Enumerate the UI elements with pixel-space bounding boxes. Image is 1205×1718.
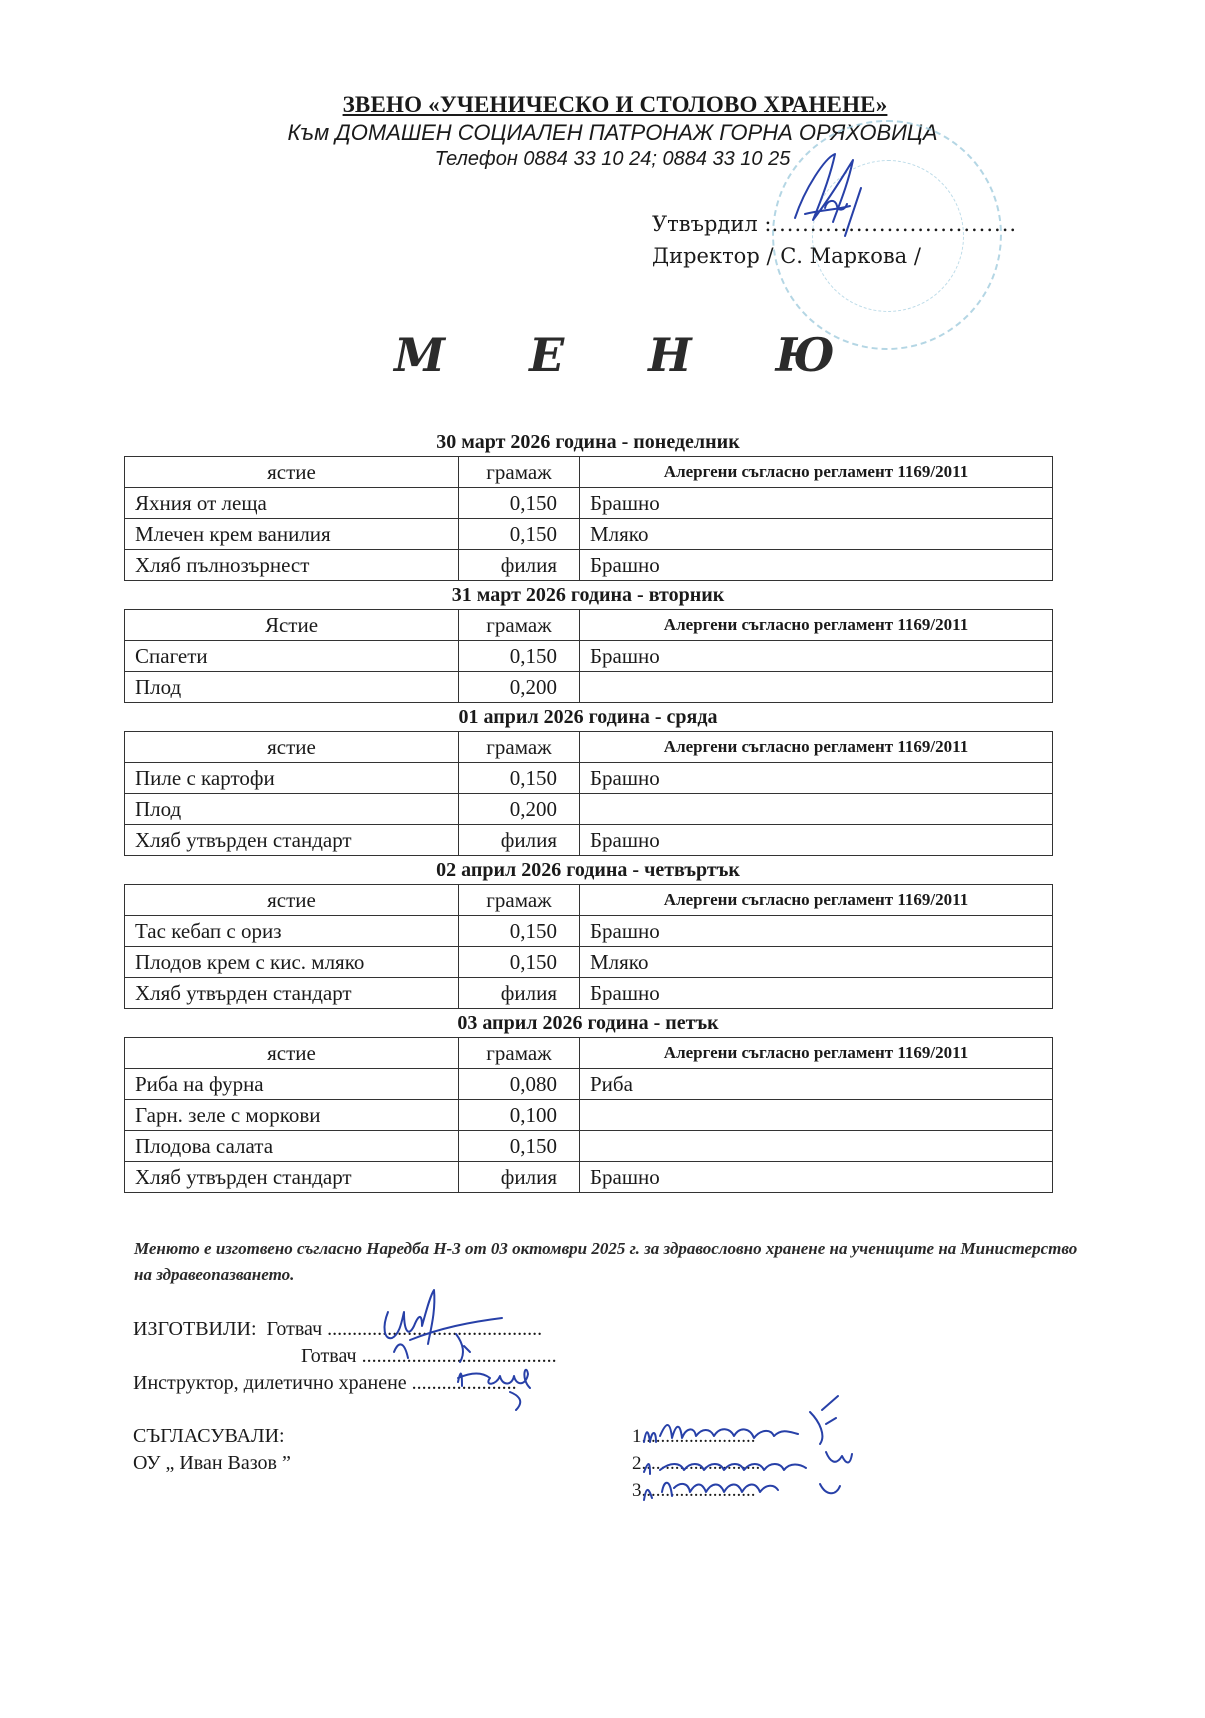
table-row: Плод0,200 [125,672,1053,703]
day-section: 30 март 2026 година - понеделникястиегра… [124,428,1052,581]
column-header-allergens: Алергени съгласно регламент 1169/2011 [580,610,1053,641]
table-row: Риба на фурна0,080Риба [125,1069,1053,1100]
column-header-weight: грамаж [459,732,580,763]
table-header-row: ястиеграмажАлергени съгласно регламент 1… [125,732,1053,763]
allergen-cell [580,672,1053,703]
day-title: 01 април 2026 година - сряда [124,703,1052,731]
table-row: Плод0,200 [125,794,1053,825]
dish-cell: Хляб утвърден стандарт [125,825,459,856]
table-row: Плодова салата0,150 [125,1131,1053,1162]
allergen-cell: Брашно [580,550,1053,581]
dish-cell: Хляб утвърден стандарт [125,978,459,1009]
dish-cell: Спагети [125,641,459,672]
weight-cell: 0,150 [459,519,580,550]
weight-cell: 0,200 [459,672,580,703]
table-row: Яхния от леща0,150Брашно [125,488,1053,519]
allergen-cell [580,1100,1053,1131]
menu-days: 30 март 2026 година - понеделникястиегра… [124,428,1052,1193]
column-header-allergens: Алергени съгласно регламент 1169/2011 [580,732,1053,763]
table-row: Пиле с картофи0,150Брашно [125,763,1053,794]
allergen-cell: Брашно [580,641,1053,672]
weight-cell: филия [459,978,580,1009]
column-header-weight: грамаж [459,1038,580,1069]
allergen-cell: Брашно [580,825,1053,856]
school-name: ОУ „ Иван Вазов ” [133,1450,291,1477]
table-row: Спагети0,150Брашно [125,641,1053,672]
weight-cell: филия [459,550,580,581]
day-section: 01 април 2026 година - срядаястиеграмажА… [124,703,1052,856]
weight-cell: 0,200 [459,794,580,825]
column-header-dish: ястие [125,732,459,763]
regulation-note: Менюто е изготвено съгласно Наредба Н-3 … [134,1236,1094,1288]
column-header-dish: Ястие [125,610,459,641]
table-header-row: ЯстиеграмажАлергени съгласно регламент 1… [125,610,1053,641]
instructor-signature-icon [450,1352,560,1412]
column-header-weight: грамаж [459,885,580,916]
dish-cell: Плодова салата [125,1131,459,1162]
allergen-cell: Мляко [580,947,1053,978]
menu-table: ястиеграмажАлергени съгласно регламент 1… [124,731,1053,856]
dish-cell: Яхния от леща [125,488,459,519]
menu-title: М Е Н Ю [0,328,1205,382]
weight-cell: 0,150 [459,641,580,672]
day-section: 31 март 2026 година - вторникЯстиеграмаж… [124,581,1052,703]
allergen-cell: Мляко [580,519,1053,550]
column-header-allergens: Алергени съгласно регламент 1169/2011 [580,885,1053,916]
weight-cell: филия [459,1162,580,1193]
column-header-allergens: Алергени съгласно регламент 1169/2011 [580,457,1053,488]
column-header-dish: ястие [125,885,459,916]
dish-cell: Пиле с картофи [125,763,459,794]
menu-table: ястиеграмажАлергени съгласно регламент 1… [124,884,1053,1009]
weight-cell: 0,150 [459,916,580,947]
allergen-cell: Брашно [580,763,1053,794]
day-section: 02 април 2026 година - четвъртъкястиегра… [124,856,1052,1009]
weight-cell: 0,150 [459,1131,580,1162]
table-header-row: ястиеграмажАлергени съгласно регламент 1… [125,885,1053,916]
allergen-cell: Брашно [580,916,1053,947]
dish-cell: Риба на фурна [125,1069,459,1100]
menu-table: ЯстиеграмажАлергени съгласно регламент 1… [124,609,1053,703]
approval-block: Утвърдил :..............................… [652,208,1017,272]
weight-cell: 0,150 [459,763,580,794]
column-header-weight: грамаж [459,457,580,488]
table-row: Плодов крем с кис. мляко0,150Мляко [125,947,1053,978]
allergen-cell [580,794,1053,825]
allergen-cell: Брашно [580,1162,1053,1193]
dish-cell: Плод [125,794,459,825]
column-header-dish: ястие [125,457,459,488]
menu-table: ястиеграмажАлергени съгласно регламент 1… [124,456,1053,581]
column-header-weight: грамаж [459,610,580,641]
weight-cell: филия [459,825,580,856]
dish-cell: Тас кебап с ориз [125,916,459,947]
allergen-cell [580,1131,1053,1162]
table-row: Тас кебап с ориз0,150Брашно [125,916,1053,947]
column-header-allergens: Алергени съгласно регламент 1169/2011 [580,1038,1053,1069]
dish-cell: Млечен крем ванилия [125,519,459,550]
director-name: Директор / С. Маркова / [652,240,1017,272]
table-row: Хляб пълнозърнестфилияБрашно [125,550,1053,581]
day-title: 31 март 2026 година - вторник [124,581,1052,609]
parent-organization: Към ДОМАШЕН СОЦИАЛЕН ПАТРОНАЖ ГОРНА ОРЯХ… [0,120,1205,146]
dish-cell: Хляб утвърден стандарт [125,1162,459,1193]
document-header: ЗВЕНО «УЧЕНИЧЕСКО И СТОЛОВО ХРАНЕНЕ» Към… [0,92,1205,171]
table-row: Млечен крем ванилия0,150Мляко [125,519,1053,550]
agreed-block: СЪГЛАСУВАЛИ: ОУ „ Иван Вазов ” [133,1423,291,1477]
table-row: Хляб утвърден стандартфилияБрашно [125,978,1053,1009]
dish-cell: Гарн. зеле с моркови [125,1100,459,1131]
agreed-label: СЪГЛАСУВАЛИ: [133,1423,291,1450]
approval-line: Утвърдил :..............................… [652,208,1017,240]
phone-line: Телефон 0884 33 10 24; 0884 33 10 25 [0,148,1205,171]
allergen-cell: Брашно [580,488,1053,519]
teacher-signatures-icon [640,1392,980,1502]
table-header-row: ястиеграмажАлергени съгласно регламент 1… [125,1038,1053,1069]
day-title: 30 март 2026 година - понеделник [124,428,1052,456]
weight-cell: 0,080 [459,1069,580,1100]
day-title: 02 април 2026 година - четвъртък [124,856,1052,884]
weight-cell: 0,100 [459,1100,580,1131]
table-row: Хляб утвърден стандартфилияБрашно [125,1162,1053,1193]
dish-cell: Хляб пълнозърнест [125,550,459,581]
day-section: 03 април 2026 година - петъкястиеграмажА… [124,1009,1052,1193]
organization-title: ЗВЕНО «УЧЕНИЧЕСКО И СТОЛОВО ХРАНЕНЕ» [0,92,1205,118]
dish-cell: Плодов крем с кис. мляко [125,947,459,978]
allergen-cell: Риба [580,1069,1053,1100]
dish-cell: Плод [125,672,459,703]
allergen-cell: Брашно [580,978,1053,1009]
weight-cell: 0,150 [459,488,580,519]
day-title: 03 април 2026 година - петък [124,1009,1052,1037]
table-row: Гарн. зеле с моркови0,100 [125,1100,1053,1131]
weight-cell: 0,150 [459,947,580,978]
table-header-row: ястиеграмажАлергени съгласно регламент 1… [125,457,1053,488]
table-row: Хляб утвърден стандартфилияБрашно [125,825,1053,856]
menu-table: ястиеграмажАлергени съгласно регламент 1… [124,1037,1053,1193]
column-header-dish: ястие [125,1038,459,1069]
